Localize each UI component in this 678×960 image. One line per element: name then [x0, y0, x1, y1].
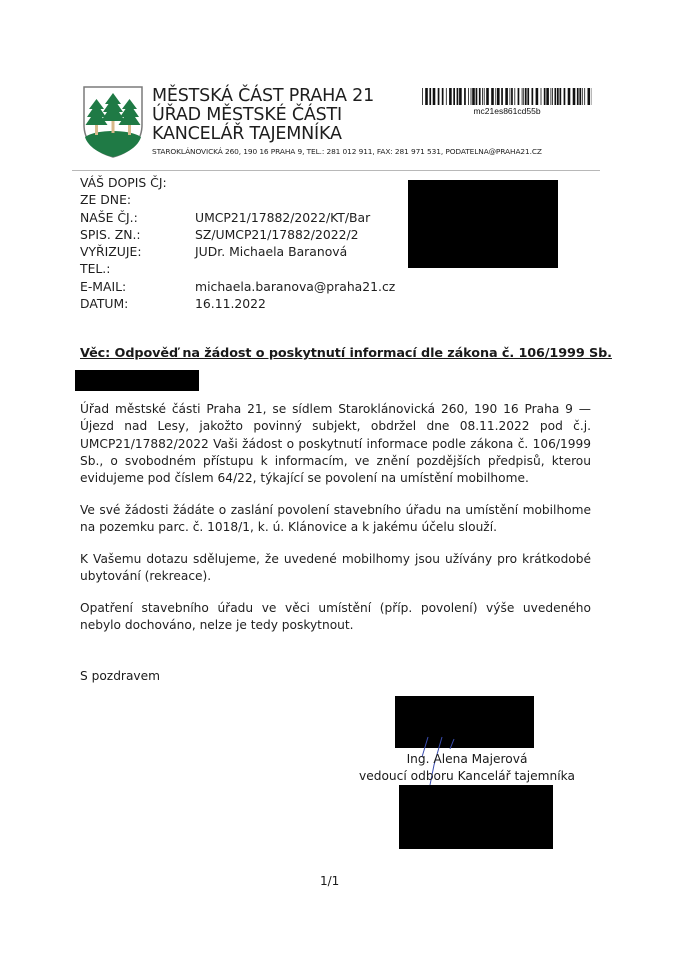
- subject-line: Věc: Odpověď na žádost o poskytnutí info…: [80, 346, 612, 361]
- org-name-line3: KANCELÁŘ TAJEMNÍKA: [152, 124, 342, 144]
- reference-label: TEL.:: [80, 260, 110, 277]
- coat-of-arms-logo-icon: [82, 85, 144, 159]
- org-name-line1: MĚSTSKÁ ČÁST PRAHA 21: [152, 86, 374, 106]
- redacted-salutation: [75, 370, 199, 391]
- reference-label: VÁŠ DOPIS ČJ:: [80, 174, 167, 191]
- reference-value: SZ/UMCP21/17882/2022/2: [195, 226, 359, 243]
- reference-label: ZE DNE:: [80, 191, 131, 208]
- org-name-line2: ÚŘAD MĚSTSKÉ ČÁSTI: [152, 105, 342, 125]
- redacted-stamp: [399, 785, 553, 849]
- org-address: STAROKLÁNOVICKÁ 260, 190 16 PRAHA 9, TEL…: [152, 147, 542, 156]
- page-number: 1/1: [320, 874, 339, 888]
- reference-value: michaela.baranova@praha21.cz: [195, 278, 395, 295]
- reference-label: NAŠE ČJ.:: [80, 209, 138, 226]
- redacted-recipient-address: [408, 180, 558, 268]
- body-paragraph: Ve své žádosti žádáte o zaslání povolení…: [80, 502, 591, 537]
- reference-value: 16.11.2022: [195, 295, 266, 312]
- reference-label: DATUM:: [80, 295, 128, 312]
- reference-value: UMCP21/17882/2022/KT/Bar: [195, 209, 370, 226]
- signatory-role: vedoucí odboru Kancelář tajemníka: [340, 769, 594, 783]
- closing-greeting: S pozdravem: [80, 669, 160, 683]
- body-paragraph: Opatření stavebního úřadu ve věci umístě…: [80, 600, 591, 635]
- barcode-text: mc21es861cd55b: [422, 106, 592, 116]
- body-paragraph: K Vašemu dotazu sdělujeme, že uvedené mo…: [80, 551, 591, 586]
- reference-label: SPIS. ZN.:: [80, 226, 141, 243]
- body-paragraph: Úřad městské části Praha 21, se sídlem S…: [80, 401, 591, 487]
- barcode-icon: [422, 88, 592, 105]
- signatory-name: Ing. Alena Majerová: [340, 752, 594, 766]
- reference-label: E-MAIL:: [80, 278, 126, 295]
- reference-value: JUDr. Michaela Baranová: [195, 243, 347, 260]
- header-divider: [72, 170, 600, 171]
- reference-label: VYŘIZUJE:: [80, 243, 142, 260]
